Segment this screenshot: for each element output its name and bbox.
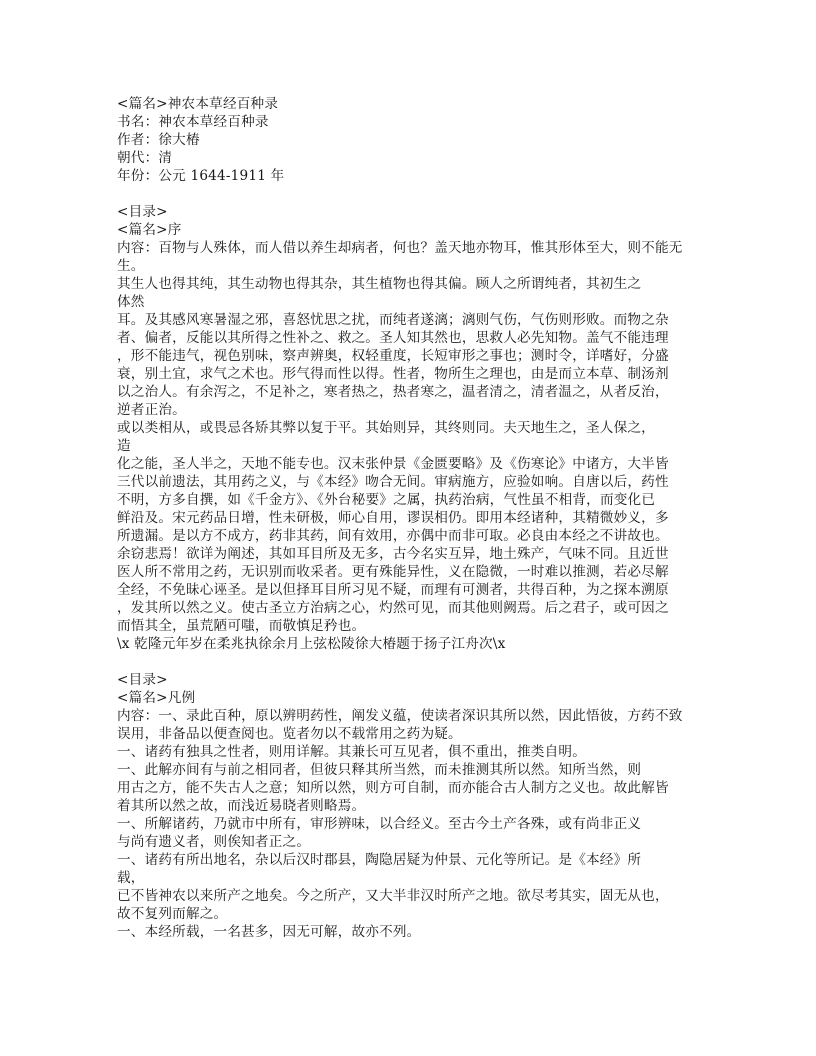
content-line: 故不复列而解之。 [117,905,726,923]
content-line: \x 乾隆元年岁在柔兆执徐余月上弦松陵徐大椿题于扬子江舟次\x [117,635,726,653]
content-line: 衰，别土宜，求气之术也。形气得而性以得。性者，物所生之理也，由是而立本草、制汤剂 [117,365,726,383]
content-line: 着其所以然之故，而浅近易晓者则略焉。 [117,797,726,815]
blank-line [117,653,726,671]
content-line: 与尚有遗义者，则俟知者正之。 [117,833,726,851]
content-line: 全经，不免昧心诬圣。是以但择耳目所习见不疑，而理有可测者，共得百种，为之探本溯原 [117,581,726,599]
content-line: 不明，方多自撰，如《千金方》、《外台秘要》之属，执药治病，气性虽不相背，而变化已 [117,491,726,509]
content-line: 一、诸药有独具之性者，则用详解。其兼长可互见者，俱不重出，推类自明。 [117,743,726,761]
section-title: <篇名>凡例 [117,689,726,707]
meta-line: 书名：神农本草经百种录 [117,113,726,131]
content-line: 内容：一、录此百种，原以辨明药性，阐发义蕴，使读者深识其所以然，因此悟彼，方药不… [117,707,726,725]
document-page: <篇名>神农本草经百种录书名：神农本草经百种录作者：徐大椿朝代：清年份：公元 1… [0,0,816,1056]
content-line: 一、此解亦间有与前之相同者，但彼只释其所当然，而未推测其所以然。知所当然，则 [117,761,726,779]
content-line: 所遗漏。是以方不成方，药非其药，间有效用，亦偶中而非可取。必良由本经之不讲故也。 [117,527,726,545]
toc-tag: <目录> [117,671,726,689]
content-line: 生。 [117,257,726,275]
content-line: 一、所解诸药，乃就市中所有，审形辨味，以合经义。至古今土产各殊，或有尚非正义 [117,815,726,833]
text-document: <篇名>神农本草经百种录书名：神农本草经百种录作者：徐大椿朝代：清年份：公元 1… [117,95,726,941]
content-line: 医人所不常用之药，无识别而收采者。更有殊能异性，义在隐微，一时难以推测，若必尽解 [117,563,726,581]
content-line: 或以类相从，或畏忌各矫其弊以复于平。其始则异，其终则同。夫天地生之，圣人保之， [117,419,726,437]
content-line: 内容：百物与人殊体，而人借以养生却病者，何也？盖天地亦物耳，惟其形体至大，则不能… [117,239,726,257]
content-line: 其生人也得其纯，其生动物也得其杂，其生植物也得其偏。顾人之所谓纯者，其初生之 [117,275,726,293]
content-line: 已不皆神农以来所产之地矣。今之所产，又大半非汉时所产之地。欲尽考其实，固无从也， [117,887,726,905]
content-line: ，发其所以然之义。使古圣立方治病之心，灼然可见，而其他则阙焉。后之君子，或可因之 [117,599,726,617]
meta-line: <篇名>神农本草经百种录 [117,95,726,113]
content-line: 逆者正治。 [117,401,726,419]
content-line: 鲜沿及。宋元药品日增，性未研极，师心自用，谬误相仍。即用本经诸种，其精微妙义，多 [117,509,726,527]
blank-line [117,185,726,203]
content-line: ，形不能违气，视色别味，察声辨奥，权轻重度，长短审形之事也；测时令，详嗜好，分盛 [117,347,726,365]
content-line: 造 [117,437,726,455]
content-line: 误用，非备品以便查阅也。览者勿以不载常用之药为疑。 [117,725,726,743]
meta-line: 朝代：清 [117,149,726,167]
content-line: 体然 [117,293,726,311]
toc-tag: <目录> [117,203,726,221]
content-line: 一、本经所载，一名甚多，因无可解，故亦不列。 [117,923,726,941]
content-line: 余窃悲焉！欲详为阐述，其如耳目所及无多，古今名实互异，地土殊产，气味不同。且近世 [117,545,726,563]
section-title: <篇名>序 [117,221,726,239]
content-line: 以之治人。有余泻之，不足补之，寒者热之，热者寒之，温者清之，清者温之，从者反治， [117,383,726,401]
content-line: 一、诸药有所出地名，杂以后汉时郡县，陶隐居疑为仲景、元化等所记。是《本经》所 [117,851,726,869]
content-line: 化之能，圣人半之，天地不能专也。汉末张仲景《金匮要略》及《伤寒论》中诸方，大半皆 [117,455,726,473]
meta-line: 年份：公元 1644-1911 年 [117,167,726,185]
content-line: 用古之方，能不失古人之意；知所以然，则方可自制，而亦能合古人制方之义也。故此解皆 [117,779,726,797]
content-line: 者、偏者，反能以其所得之性补之、救之。圣人知其然也，思救人必先知物。盖气不能违理 [117,329,726,347]
content-line: 载， [117,869,726,887]
content-line: 耳。及其感风寒暑湿之邪，喜怒忧思之扰，而纯者遂漓；漓则气伤，气伤则形败。而物之杂 [117,311,726,329]
meta-line: 作者：徐大椿 [117,131,726,149]
content-line: 三代以前遗法，其用药之义，与《本经》吻合无间。审病施方，应验如响。自唐以后，药性 [117,473,726,491]
content-line: 而悟其全，虽荒陋可嗤，而敬慎足矜也。 [117,617,726,635]
